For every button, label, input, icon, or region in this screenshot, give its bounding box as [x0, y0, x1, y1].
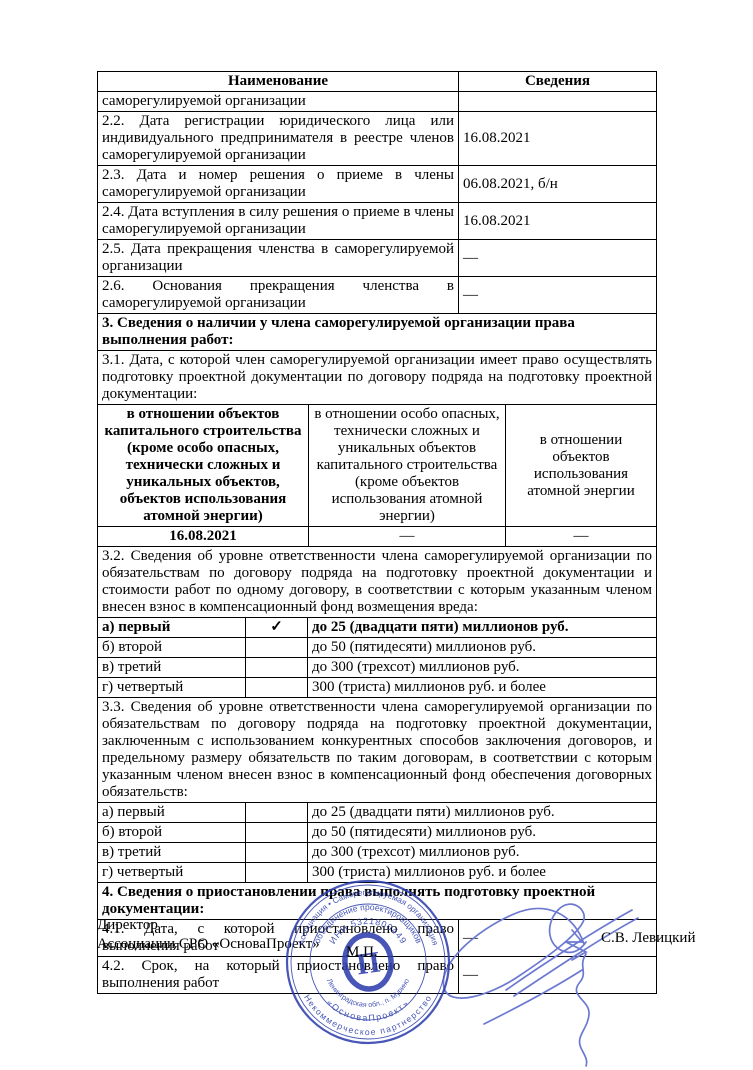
check-cell [246, 658, 308, 678]
value-nuclear-objects: — [506, 527, 657, 547]
value-hazardous-objects: — [309, 527, 506, 547]
value-capital-construction: 16.08.2021 [98, 527, 309, 547]
row-name: 2.6. Основания прекращения членства в са… [98, 277, 459, 314]
row-value: 16.08.2021 [459, 112, 657, 166]
item-3-2-text-row: 3.2. Сведения об уровне ответственности … [98, 547, 657, 618]
check-cell [246, 843, 308, 863]
header-svedeniya: Сведения [459, 72, 657, 92]
member-info-table: Наименование Сведения саморегулируемой о… [97, 71, 657, 314]
item-3-3-text-table: 3.3. Сведения об уровне ответственности … [97, 697, 657, 803]
work-rights-values-row: 16.08.2021 — — [98, 527, 657, 547]
col-hazardous-objects: в отношении особо опасных, технически сл… [309, 405, 506, 527]
header-naimenovanie: Наименование [98, 72, 459, 92]
table-header-row: Наименование Сведения [98, 72, 657, 92]
row-value: 06.08.2021, б/н [459, 166, 657, 203]
level-label: а) первый [98, 803, 246, 823]
level-row-first: а) первый до 25 (двадцати пяти) миллионо… [98, 803, 657, 823]
level-row-fourth: г) четвертый 300 (триста) миллионов руб.… [98, 678, 657, 698]
table-row: 2.4. Дата вступления в силу решения о пр… [98, 203, 657, 240]
item-3-2-text-table: 3.2. Сведения об уровне ответственности … [97, 546, 657, 618]
signer-name: С.В. Левицкий [601, 930, 695, 947]
level-amount: до 50 (пятидесяти) миллионов руб. [308, 638, 657, 658]
level-label: г) четвертый [98, 863, 246, 883]
level-label: а) первый [98, 618, 246, 638]
level-amount: до 25 (двадцати пяти) миллионов руб. [308, 618, 657, 638]
signature-image [436, 872, 672, 1068]
level-row-first: а) первый ✓ до 25 (двадцати пяти) миллио… [98, 618, 657, 638]
level-label: б) второй [98, 638, 246, 658]
check-cell [246, 678, 308, 698]
row-value: — [459, 240, 657, 277]
level-row-third: в) третий до 300 (трехсот) миллионов руб… [98, 658, 657, 678]
check-cell [246, 823, 308, 843]
col-capital-construction: в отношении объектов капитального строит… [98, 405, 309, 527]
item-3-1-text: 3.1. Дата, с которой член саморегулируем… [98, 351, 657, 405]
level-label: б) второй [98, 823, 246, 843]
document-page: { "colors": { "stamp_blue": "#2e3fae", "… [0, 0, 753, 1070]
row-name: 2.2. Дата регистрации юридического лица … [98, 112, 459, 166]
check-cell [246, 803, 308, 823]
work-rights-header-row: в отношении объектов капитального строит… [98, 405, 657, 527]
level-label: в) третий [98, 658, 246, 678]
level-amount: 300 (триста) миллионов руб. и более [308, 678, 657, 698]
table-row: саморегулируемой организации [98, 92, 657, 112]
seal-place-mark: М.П. [346, 944, 378, 961]
level-amount: до 25 (двадцати пяти) миллионов руб. [308, 803, 657, 823]
item-3-1-text-row: 3.1. Дата, с которой член саморегулируем… [98, 351, 657, 405]
work-rights-table: в отношении объектов капитального строит… [97, 404, 657, 547]
section3-title-row: 3. Сведения о наличии у члена саморегули… [98, 314, 657, 351]
organization-stamp-icon: Ассоциация • Саморегулируемая организаци… [282, 876, 454, 1048]
row-value: 16.08.2021 [459, 203, 657, 240]
row-name: саморегулируемой организации [98, 92, 459, 112]
row-value: — [459, 277, 657, 314]
item-3-3-text-row: 3.3. Сведения об уровне ответственности … [98, 698, 657, 803]
level-row-second: б) второй до 50 (пятидесяти) миллионов р… [98, 823, 657, 843]
row-name: 2.4. Дата вступления в силу решения о пр… [98, 203, 459, 240]
level-row-second: б) второй до 50 (пятидесяти) миллионов р… [98, 638, 657, 658]
level-amount: до 300 (трехсот) миллионов руб. [308, 658, 657, 678]
section3-header-table: 3. Сведения о наличии у члена саморегули… [97, 313, 657, 405]
liability-levels-table-3-2: а) первый ✓ до 25 (двадцати пяти) миллио… [97, 617, 657, 698]
liability-levels-table-3-3: а) первый до 25 (двадцати пяти) миллионо… [97, 802, 657, 883]
table-row: 2.5. Дата прекращения членства в саморег… [98, 240, 657, 277]
item-3-3-text: 3.3. Сведения об уровне ответственности … [98, 698, 657, 803]
level-label: г) четвертый [98, 678, 246, 698]
registry-extract-table: Наименование Сведения саморегулируемой о… [97, 71, 657, 994]
level-label: в) третий [98, 843, 246, 863]
level-amount: до 300 (трехсот) миллионов руб. [308, 843, 657, 863]
row-name: 2.5. Дата прекращения членства в саморег… [98, 240, 459, 277]
stamp-logo-icon: П [341, 932, 394, 992]
item-3-2-text: 3.2. Сведения об уровне ответственности … [98, 547, 657, 618]
table-row: 2.2. Дата регистрации юридического лица … [98, 112, 657, 166]
table-row: 2.3. Дата и номер решения о приеме в чле… [98, 166, 657, 203]
check-mark-icon: ✓ [246, 618, 308, 638]
table-row: 2.6. Основания прекращения членства в са… [98, 277, 657, 314]
col-nuclear-objects: в отношении объектов использования атомн… [506, 405, 657, 527]
section3-title: 3. Сведения о наличии у члена саморегули… [98, 314, 657, 351]
row-value [459, 92, 657, 112]
check-cell [246, 638, 308, 658]
level-amount: до 50 (пятидесяти) миллионов руб. [308, 823, 657, 843]
row-name: 2.3. Дата и номер решения о приеме в чле… [98, 166, 459, 203]
level-row-third: в) третий до 300 (трехсот) миллионов руб… [98, 843, 657, 863]
